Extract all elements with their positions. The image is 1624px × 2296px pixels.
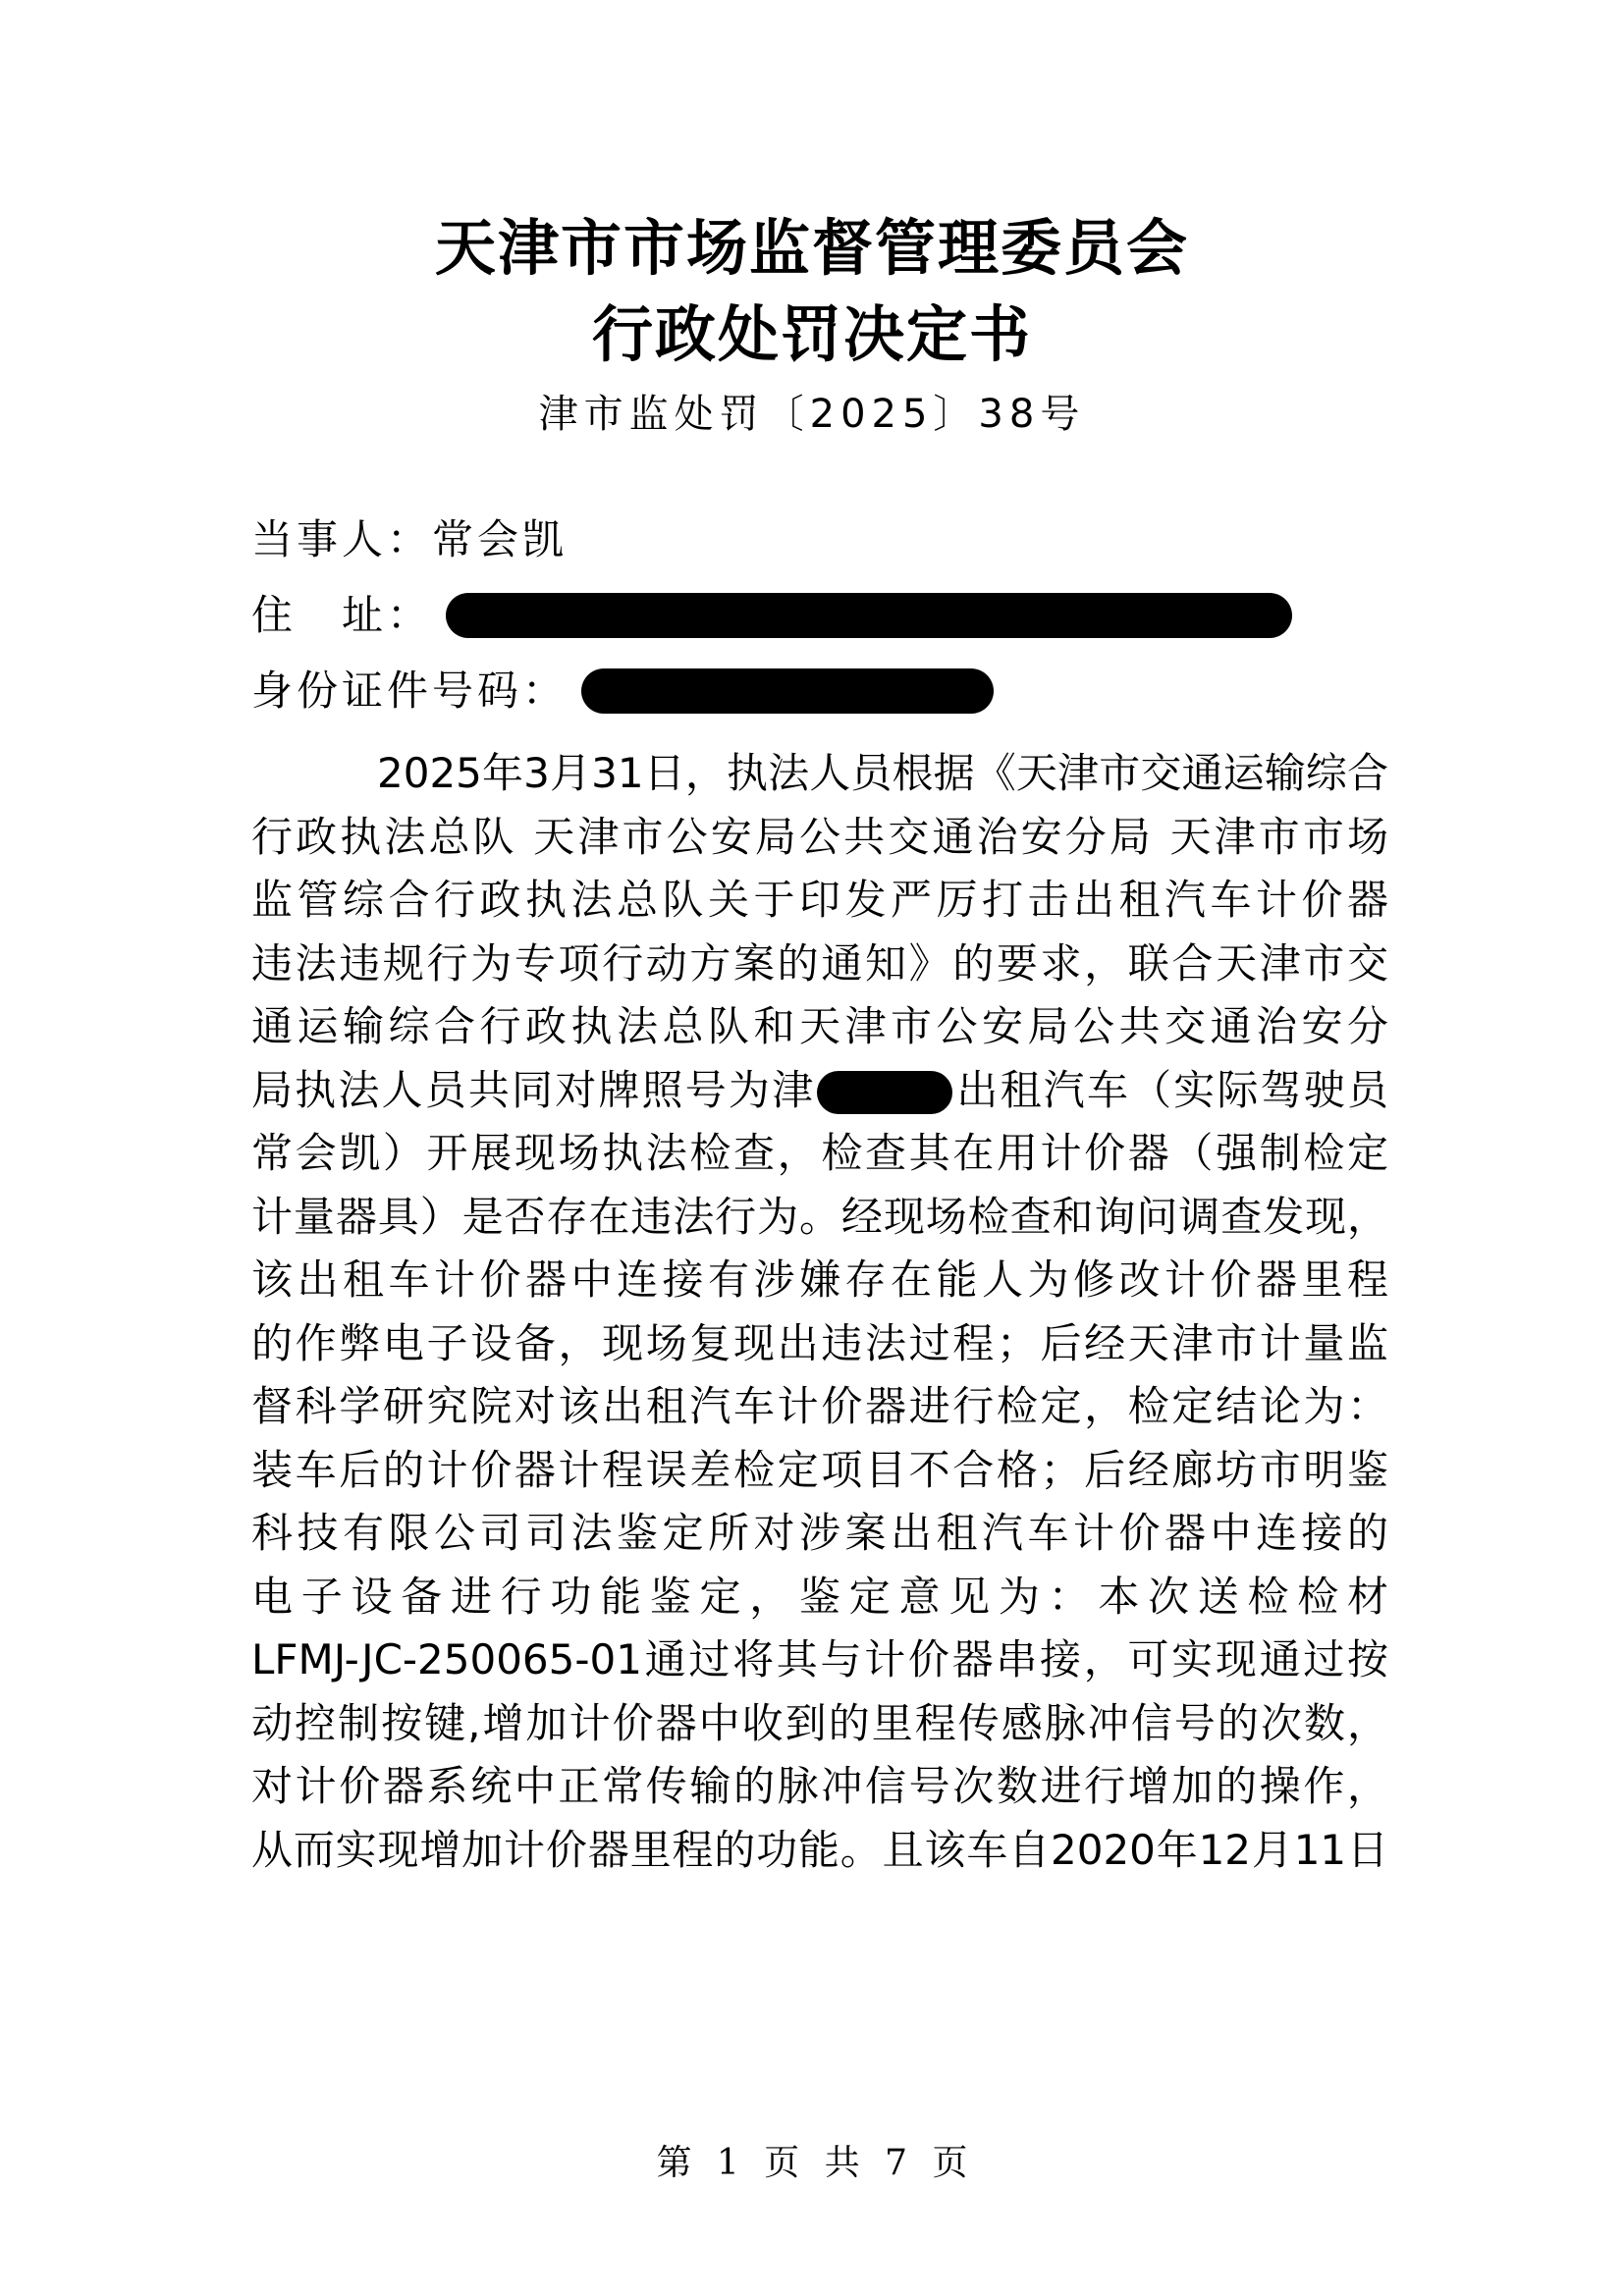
body-line: 计量器具）是否存在违法行为。经现场检查和询问调查发现， — [251, 1186, 1388, 1250]
body-line: 从而实现增加计价器里程的功能。且该车自2020年12月11日 — [251, 1819, 1388, 1883]
body-line: 该出租车计价器中连接有涉嫌存在能人为修改计价器里程 — [251, 1249, 1388, 1312]
body-line: 监管综合行政执法总队关于印发严厉打击出租汽车计价器 — [251, 869, 1388, 933]
party-field: 当事人： 常会凯 — [251, 515, 568, 564]
body-line-part: 出租汽车（实际驾驶员 — [954, 1066, 1388, 1114]
body-line: 动控制按键,增加计价器中收到的里程传感脉冲信号的次数， — [251, 1692, 1388, 1756]
body-line: LFMJ-JC-250065-01通过将其与计价器串接，可实现通过按 — [251, 1629, 1388, 1692]
body-line: 常会凯）开展现场执法检查，检查其在用计价器（强制检定 — [251, 1122, 1388, 1186]
address-field: 住 址： — [251, 591, 1292, 640]
license-plate-redaction — [817, 1071, 952, 1114]
body-line: 对计价器系统中正常传输的脉冲信号次数进行增加的操作， — [251, 1755, 1388, 1819]
body-line-part: 局执法人员共同对牌照号为津 — [251, 1066, 815, 1114]
body-line: 的作弊电子设备，现场复现出违法过程；后经天津市计量监 — [251, 1312, 1388, 1376]
body-line: 违法违规行为专项行动方案的通知》的要求，联合天津市交 — [251, 933, 1388, 996]
body-line-with-plate: 局执法人员共同对牌照号为津出租汽车（实际驾驶员 — [251, 1059, 1388, 1123]
body-line: 2025年3月31日，执法人员根据《天津市交通运输综合 — [251, 742, 1388, 806]
address-label: 住 址： — [251, 595, 432, 636]
body-line: 通运输综合行政执法总队和天津市公安局公共交通治安分 — [251, 995, 1388, 1059]
id-number-field: 身份证件号码： — [251, 667, 994, 716]
page-number: 第 1 页 共 7 页 — [0, 2146, 1624, 2181]
address-redaction — [446, 593, 1292, 638]
party-name: 常会凯 — [432, 519, 568, 561]
document-page: 天津市市场监督管理委员会 行政处罚决定书 津市监处罚〔2025〕38号 当事人：… — [0, 0, 1624, 2296]
document-body: 2025年3月31日，执法人员根据《天津市交通运输综合 行政执法总队 天津市公安… — [251, 742, 1388, 1882]
document-number: 津市监处罚〔2025〕38号 — [0, 395, 1624, 434]
id-number-redaction — [581, 668, 994, 714]
body-line: 电子设备进行功能鉴定，鉴定意见为：本次送检检材 — [251, 1566, 1388, 1629]
body-line: 行政执法总队 天津市公安局公共交通治安分局 天津市市场 — [251, 806, 1388, 870]
issuing-authority-title: 天津市市场监督管理委员会 — [0, 218, 1624, 279]
party-label: 当事人： — [251, 519, 432, 561]
body-line: 科技有限公司司法鉴定所对涉案出租汽车计价器中连接的 — [251, 1502, 1388, 1566]
id-number-label: 身份证件号码： — [251, 670, 568, 712]
body-line: 督科学研究院对该出租汽车计价器进行检定，检定结论为： — [251, 1375, 1388, 1439]
document-type-title: 行政处罚决定书 — [0, 304, 1624, 365]
body-line: 装车后的计价器计程误差检定项目不合格；后经廊坊市明鉴 — [251, 1439, 1388, 1503]
